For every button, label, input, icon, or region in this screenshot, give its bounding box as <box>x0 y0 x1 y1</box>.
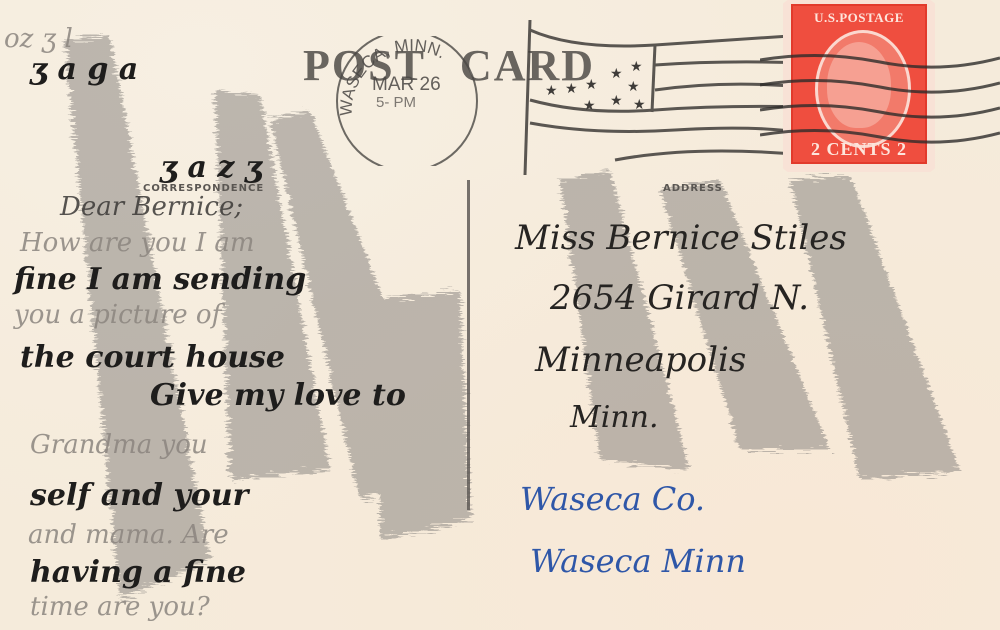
svg-text:★: ★ <box>627 79 640 95</box>
address-line: 2654 Girard N. <box>550 278 809 318</box>
message-line: How are you I am <box>20 228 254 258</box>
svg-text:★: ★ <box>565 81 578 97</box>
svg-text:★: ★ <box>610 66 623 82</box>
message-line: ʒ a g a <box>30 52 138 87</box>
message-line: fine I am sending <box>14 262 306 297</box>
address-label: ADDRESS <box>663 183 723 194</box>
cancel-lines-icon <box>760 50 1000 190</box>
svg-text:★: ★ <box>610 93 623 109</box>
message-line: self and your <box>30 478 248 513</box>
message-line: Grandma you <box>30 430 208 460</box>
postcard-back: POSTCARD WASECA, MINN. MAR 26 5- PM ★★ ★… <box>0 0 1000 630</box>
stamp-top-text: U.S.POSTAGE <box>793 10 925 26</box>
address-line: Miss Bernice Stiles <box>515 218 847 258</box>
message-line: ʒ a z ʒ <box>160 150 262 185</box>
message-line: Dear Bernice; <box>60 192 243 222</box>
svg-text:★: ★ <box>583 98 596 114</box>
divider-line <box>467 180 470 510</box>
message-line: the court house <box>20 340 285 375</box>
message-line: having a fine <box>30 555 246 590</box>
svg-text:★: ★ <box>545 83 558 99</box>
postmark-date: MAR 26 <box>372 74 441 96</box>
svg-text:★: ★ <box>633 97 646 113</box>
message-line: time are you? <box>30 592 210 622</box>
address-line: Minn. <box>570 400 659 435</box>
address-line: Minneapolis <box>535 340 746 380</box>
svg-text:★: ★ <box>630 59 643 75</box>
message-line: and mama. Are <box>28 520 229 550</box>
svg-text:★: ★ <box>585 77 598 93</box>
return-line: Waseca Co. <box>520 480 705 518</box>
postmark-time: 5- PM <box>376 94 416 111</box>
message-line: you a picture of <box>14 300 221 330</box>
message-line: Give my love to <box>150 378 406 413</box>
return-line: Waseca Minn <box>530 542 746 580</box>
message-line: oz ʒ l <box>4 24 73 54</box>
